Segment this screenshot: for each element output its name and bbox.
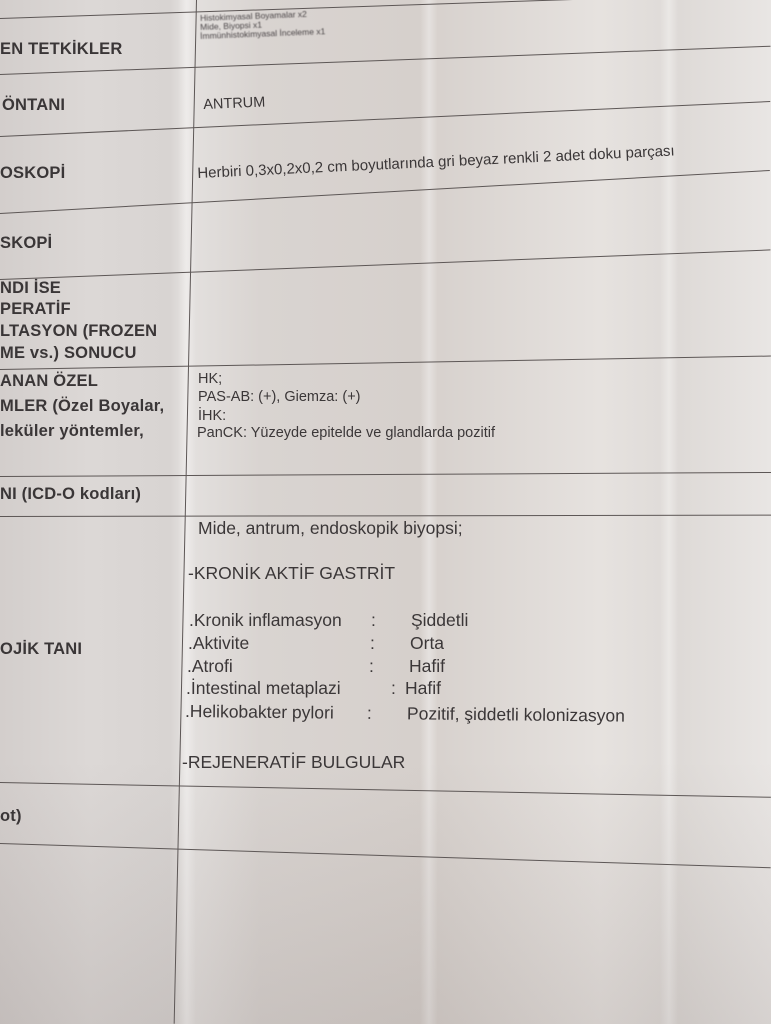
label-patolojik-tani: OJİK TANI — [0, 639, 82, 661]
column-divider — [174, 0, 197, 1024]
table-rule — [0, 782, 771, 798]
diagnosis-findings: .Kronik inflamasyon : Şiddetli .Aktivite… — [185, 609, 625, 723]
label-ontani: ÖNTANI — [2, 95, 65, 117]
paper-shadow — [0, 760, 771, 1024]
diagnosis-secondary: -REJENERATİF BULGULAR — [182, 752, 405, 773]
table-rule — [0, 101, 770, 137]
table-rule — [0, 515, 771, 517]
label-not: ot) — [0, 806, 22, 828]
value-ontani: ANTRUM — [203, 95, 266, 114]
table-rule — [0, 472, 771, 477]
label-mikroskopi: SKOPİ — [0, 233, 52, 255]
label-tetkikler: EN TETKİKLER — [0, 39, 122, 61]
finding-row: .İntestinal metaplazi : Hafif — [186, 677, 626, 700]
finding-row: .Kronik inflamasyon : Şiddetli — [189, 609, 629, 632]
table-rule — [0, 843, 771, 868]
label-makroskopi: OSKOPİ — [0, 163, 65, 185]
diagnosis-primary: -KRONİK AKTİF GASTRİT — [188, 563, 395, 584]
finding-row: .Aktivite : Orta — [188, 632, 628, 655]
finding-row: .Helikobakter pylori : Pozitif, şiddetli… — [185, 700, 625, 727]
label-icd-o: NI (ICD-O kodları) — [0, 484, 141, 506]
table-rule — [0, 170, 770, 214]
table-rule — [0, 249, 770, 280]
finding-row: .Atrofi : Hafif — [187, 655, 627, 678]
diagnosis-specimen: Mide, antrum, endoskopik biyopsi; — [198, 518, 463, 539]
value-makroskopi: Herbiri 0,3x0,2x0,2 cm boyutlarında gri … — [197, 142, 675, 181]
table-rule — [0, 0, 771, 19]
